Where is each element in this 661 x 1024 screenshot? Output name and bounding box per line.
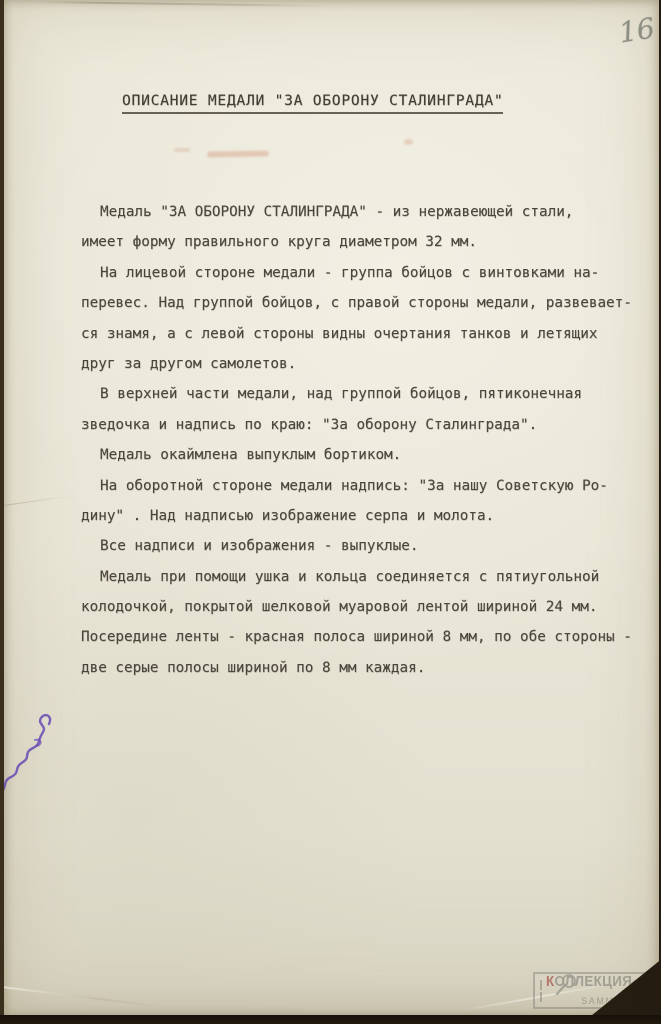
typewritten-line: На оборотной стороне медали надпись: "За… — [81, 471, 637, 501]
typewritten-line: Медаль "ЗА ОБОРОНУ СТАЛИНГРАДА" - из нер… — [81, 197, 637, 227]
scan-edge — [0, 1015, 661, 1024]
typewritten-line: Все надписи и изображения - выпуклые. — [81, 531, 637, 561]
typewritten-line: Медаль окаймлена выпуклым бортиком. — [81, 440, 637, 470]
watermark-text-block: КОЛЛЕКЦИЯ SAMMLUNG — [546, 975, 646, 1006]
paper-sheet: ОПИСАНИЕ МЕДАЛИ "ЗА ОБОРОНУ СТАЛИНГРАДА"… — [4, 0, 659, 1016]
typewritten-line: Посередине ленты - красная полоса ширино… — [81, 622, 637, 652]
pencil-page-number: 16 — [617, 11, 657, 49]
typewritten-line: перевес. Над группой бойцов, с правой ст… — [81, 288, 637, 318]
typewritten-line: Медаль при помощи ушка и кольца соединяе… — [81, 562, 637, 592]
document-title: ОПИСАНИЕ МЕДАЛИ "ЗА ОБОРОНУ СТАЛИНГРАДА" — [122, 92, 503, 114]
ink-signature — [0, 706, 71, 806]
collection-watermark: КОЛЛЕКЦИЯ SAMMLUNG — [533, 972, 651, 1009]
paper-crease — [4, 495, 73, 506]
red-smudge — [404, 139, 413, 145]
typewritten-line: две серые полосы шириной по 8 мм каждая. — [81, 653, 637, 683]
red-smudge — [207, 150, 269, 157]
typewritten-line: ся знамя, а с левой стороны видны очерта… — [81, 319, 637, 349]
typewritten-line: зведочка и надпись по краю: "За оборону … — [81, 410, 637, 440]
typewritten-line: друг за другом самолетов. — [81, 349, 637, 379]
paper-crease — [0, 986, 167, 1009]
typewritten-line: дину" . Над надписью изображение серпа и… — [81, 501, 637, 531]
red-smudge — [174, 148, 190, 152]
typewritten-line: В верхней части медали, над группой бойц… — [81, 379, 637, 409]
magnifier-icon — [554, 972, 580, 998]
watermark-side-marks — [538, 975, 544, 1006]
typewritten-line: колодочкой, покрытой шелковой муаровой л… — [81, 592, 637, 622]
typewritten-line: имеет форму правильного круга диаметром … — [81, 227, 637, 257]
document-body: Медаль "ЗА ОБОРОНУ СТАЛИНГРАДА" - из нер… — [81, 197, 637, 683]
typewritten-line: На лицевой стороне медали - группа бойцо… — [81, 258, 637, 288]
scanned-document: ОПИСАНИЕ МЕДАЛИ "ЗА ОБОРОНУ СТАЛИНГРАДА"… — [0, 0, 661, 1024]
paper-crease — [38, 1, 328, 7]
